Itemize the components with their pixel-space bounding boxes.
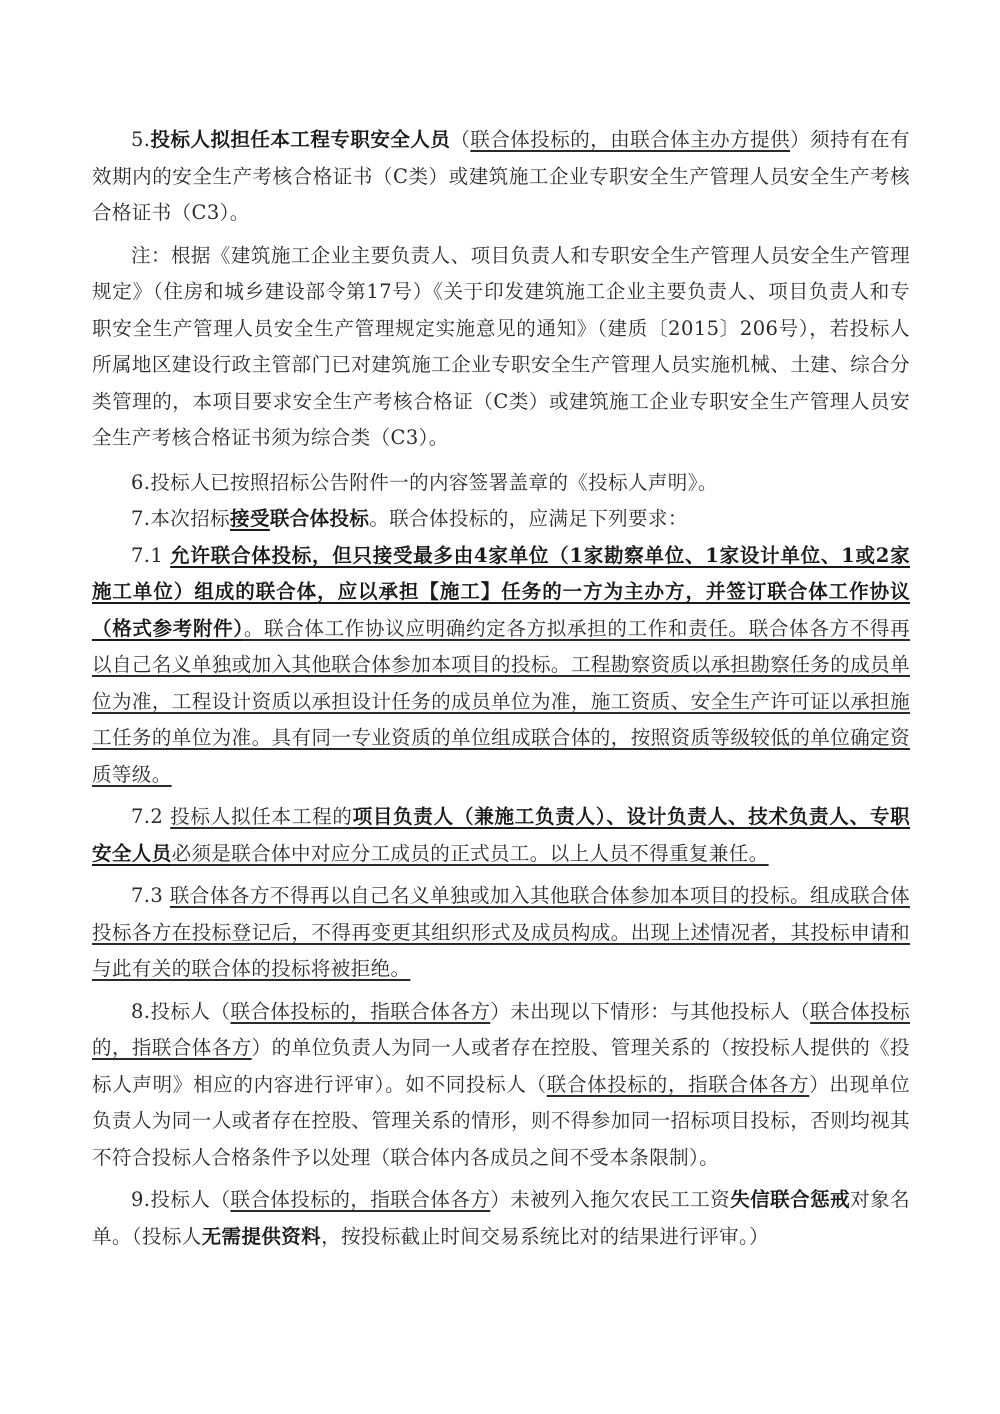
item-7-2-underlined-2: 必须是联合体中对应分工成员的正式员工。以上人员不得重复兼任。	[172, 842, 769, 865]
item-7-3-paragraph: 7.3 联合体各方不得再以自己名义单独或加入其他联合体参加本项目的投标。组成联合…	[92, 878, 910, 988]
item-8-part-1: 8.投标人（	[131, 1000, 230, 1023]
item-7-3-number: 7.3	[131, 884, 170, 907]
item-5-bold-lead: 投标人拟担任本工程专职安全人员	[150, 128, 450, 151]
item-7-prefix: 7.本次招标	[131, 507, 230, 530]
item-8-part-2: ）未出现以下情形：与其他投标人（	[490, 1000, 810, 1023]
item-7-2-number: 7.2	[131, 805, 170, 828]
item-9-part-2: ）未被列入拖欠农民工工资	[490, 1188, 730, 1211]
item-9-paragraph: 9.投标人（联合体投标的，指联合体各方）未被列入拖欠农民工工资失信联合惩戒对象名…	[92, 1182, 910, 1255]
item-7-rest: 。联合体投标的，应满足下列要求：	[369, 507, 687, 530]
item-7-1-number: 7.1	[131, 544, 170, 567]
item-7-1-paragraph: 7.1 允许联合体投标，但只接受最多由4家单位（1家勘察单位、1家设计单位、1或…	[92, 538, 910, 794]
item-5-paragraph: 5.投标人拟担任本工程专职安全人员（联合体投标的，由联合体主办方提供）须持有在有…	[92, 122, 910, 232]
item-9-underlined: 联合体投标的，指联合体各方	[230, 1188, 490, 1211]
item-9-part-4: ，按投标截止时间交易系统比对的结果进行评审。）	[321, 1225, 769, 1248]
note-paragraph: 注：根据《建筑施工企业主要负责人、项目负责人和专职安全生产管理人员安全生产管理规…	[92, 238, 910, 457]
item-7-joint-bid: 联合体投标	[270, 507, 370, 530]
item-5-number: 5.	[131, 128, 150, 151]
item-7-2-underlined-1: 投标人拟任本工程的	[170, 805, 352, 828]
paren-close: ）	[790, 128, 810, 151]
item-5-underlined: 联合体投标的，由联合体主办方提供	[470, 128, 790, 151]
item-7-accept: 接受	[230, 507, 270, 530]
item-7-3-underlined: 联合体各方不得再以自己名义单独或加入其他联合体参加本项目的投标。组成联合体投标各…	[92, 884, 910, 980]
item-8-underlined-3: 联合体投标的，指联合体各方	[547, 1073, 810, 1096]
item-8-paragraph: 8.投标人（联合体投标的，指联合体各方）未出现以下情形：与其他投标人（联合体投标…	[92, 994, 910, 1177]
item-9-bold-no-docs: 无需提供资料	[202, 1225, 321, 1248]
item-9-part-1: 9.投标人（	[131, 1188, 230, 1211]
paren-open: （	[450, 128, 470, 151]
item-7-1-underlined-clause: 。联合体工作协议应明确约定各方拟承担的工作和责任。联合体各方不得再以自己名义单独…	[92, 617, 910, 786]
item-7-paragraph: 7.本次招标接受联合体投标。联合体投标的，应满足下列要求：	[92, 501, 910, 538]
item-6-paragraph: 6.投标人已按照招标公告附件一的内容签署盖章的《投标人声明》。	[92, 465, 910, 502]
document-page: 5.投标人拟担任本工程专职安全人员（联合体投标的，由联合体主办方提供）须持有在有…	[92, 122, 910, 1255]
item-7-2-paragraph: 7.2 投标人拟任本工程的项目负责人（兼施工负责人）、设计负责人、技术负责人、专…	[92, 799, 910, 872]
item-9-bold-blacklist: 失信联合惩戒	[730, 1188, 850, 1211]
item-8-underlined-1: 联合体投标的，指联合体各方	[230, 1000, 490, 1023]
